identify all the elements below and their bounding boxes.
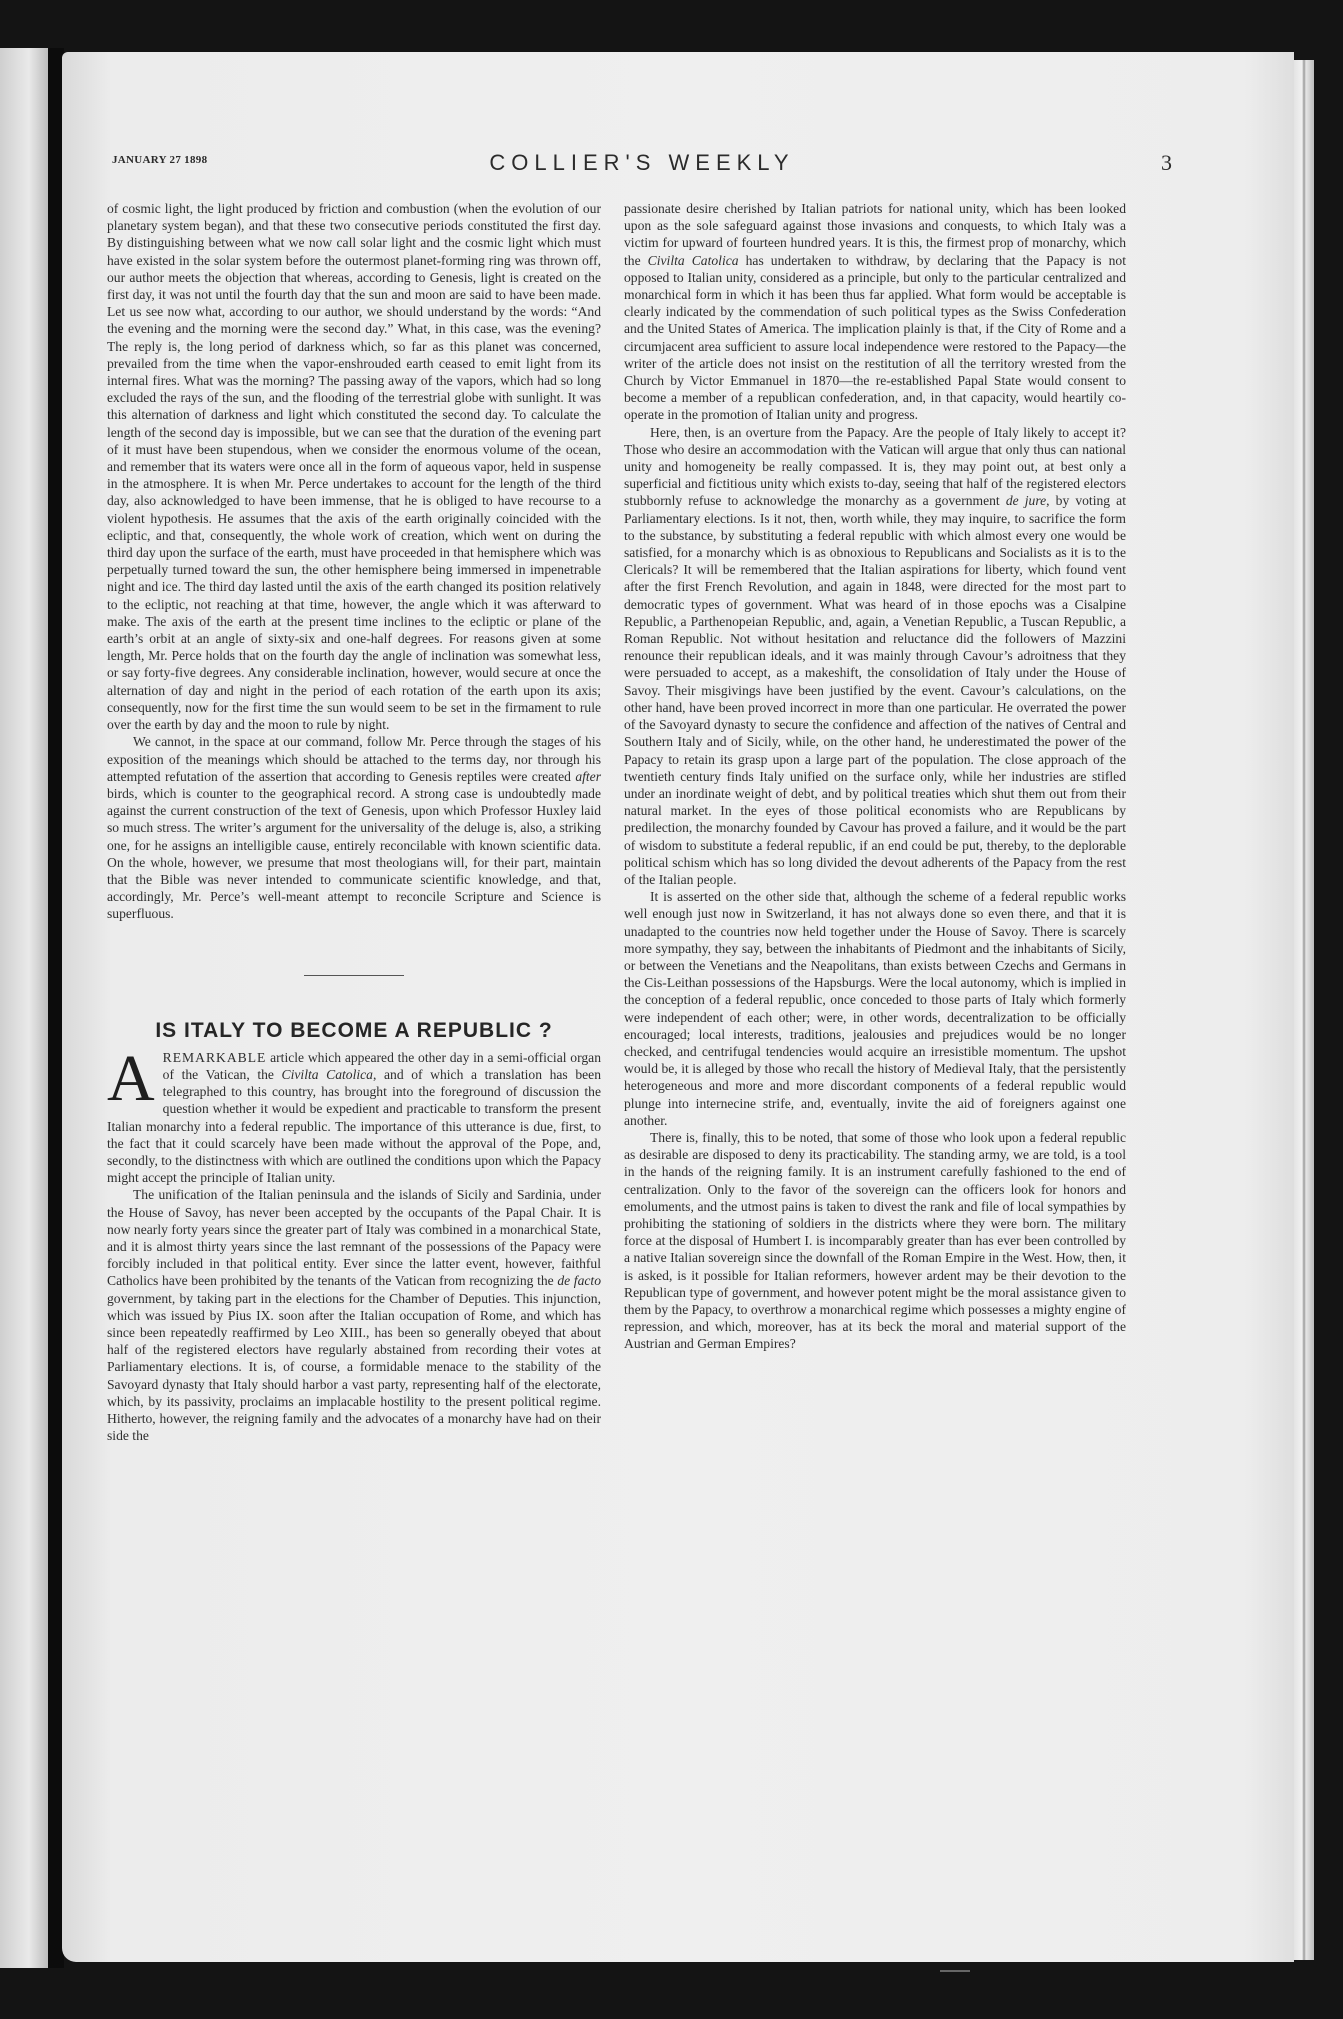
left-column: of cosmic light, the light produced by f… — [107, 200, 601, 1444]
italic-term: de jure — [1006, 493, 1046, 508]
publication-title: COLLIER'S WEEKLY — [112, 150, 1172, 176]
paragraph: passionate desire cherished by Italian p… — [624, 200, 1126, 424]
publication-name: Civilta Catolica — [282, 1067, 373, 1082]
masthead: JANUARY 27 1898 COLLIER'S WEEKLY 3 — [112, 150, 1172, 184]
italic-term: de facto — [557, 1273, 601, 1288]
right-column: passionate desire cherished by Italian p… — [624, 200, 1126, 1353]
article-heading: IS ITALY TO BECOME A REPUBLIC ? — [107, 1022, 601, 1039]
italic-term: after — [575, 769, 601, 784]
page-number: 3 — [1161, 150, 1172, 176]
print-mark — [940, 1970, 970, 1972]
paragraph: Here, then, is an overture from the Papa… — [624, 424, 1126, 888]
drop-cap: A — [107, 1053, 155, 1105]
paragraph: It is asserted on the other side that, a… — [624, 888, 1126, 1129]
paragraph: The unification of the Italian peninsula… — [107, 1186, 601, 1444]
lead-paragraph: AREMARKABLE article which appeared the o… — [107, 1049, 601, 1187]
paragraph: of cosmic light, the light produced by f… — [107, 200, 601, 733]
paragraph: There is, finally, this to be noted, tha… — [624, 1129, 1126, 1353]
paragraph: We cannot, in the space at our command, … — [107, 733, 601, 922]
previous-page-edge — [0, 48, 48, 1968]
publication-name: Civilta Catolica — [648, 253, 739, 268]
page-stack-edge — [1294, 60, 1314, 1960]
section-divider — [304, 975, 404, 976]
